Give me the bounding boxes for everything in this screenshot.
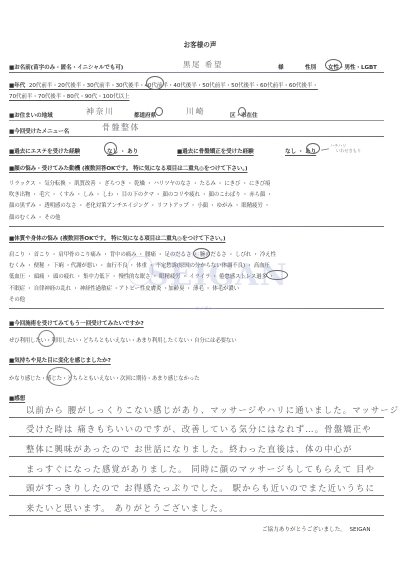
body-options-line[interactable]: 不眠症 ・ 自律神経の乱れ ・ 神経性過敏症 ・アトピー性皮膚炎 ・加齢臭 ・ … <box>9 284 276 295</box>
name-value: 黒尾 希望 <box>183 59 223 70</box>
impression-line: 受けた時は 痛きもちいいのですが、改善している気分にはなれず…。骨盤矯正や <box>26 423 372 435</box>
menu-label: ■今回受けたメニュー名 <box>9 127 69 135</box>
body-section-underline <box>9 308 384 309</box>
menu-row-underline <box>9 136 384 137</box>
form-title: お客様の声 <box>0 39 400 49</box>
face-options-line[interactable]: リラックス ・ 気分転換 ・ 肌質改善 ・ ざらつき ・ 乾燥 ・ ハリツヤのな… <box>9 179 272 190</box>
face-options-line[interactable]: 吹き出物 ・ 毛穴 ・ くすみ ・ しみ ・ しわ ・ 目の下のクマ ・ 顔のコ… <box>9 190 272 201</box>
body-selection-circle-irritation <box>266 270 288 280</box>
impression-line: 以前から 腰がしっくりこない感じがあり、マッサージやハリに通いました。マッサージ… <box>26 404 400 416</box>
city-value: 川崎 <box>186 106 205 117</box>
impression-rule <box>9 456 384 457</box>
gender-label: 性別 <box>305 63 316 71</box>
pelvis-selection-circle <box>306 143 320 154</box>
body-selection-circle-lowback <box>193 248 210 259</box>
face-options-line[interactable]: 顔のむくみ ・ その他 <box>9 213 272 224</box>
body-options-line[interactable]: その他 <box>9 295 276 306</box>
city-selection-circle <box>238 107 246 116</box>
address-label: ■お住まいの地域 <box>9 111 53 119</box>
menu-value: 骨盤整体 <box>102 122 140 133</box>
body-options-line[interactable]: 低血圧 ・ 頭痛 ・ 頭の疲れ ・ 集中力低下 ・ 慢性的な眠さ ・ 眼精疲労 … <box>9 272 276 283</box>
face-options-list: リラックス ・ 気分転換 ・ 肌質改善 ・ ざらつき ・ 乾燥 ・ ハリツヤのな… <box>9 179 272 224</box>
repeat-section-label: ■今回施術を受けてみてもう一回受けてみたいですか? <box>9 319 144 327</box>
impression-line: 頭がすっきりしたので お得感たっぷりでした。 駅からも近いのでまた近いうちに <box>26 482 375 494</box>
name-row-underline <box>9 72 384 73</box>
name-label: ■お名前(苗字のみ・匿名・イニシャルでも可) <box>9 63 123 71</box>
pelvis-label: ■過去に骨盤矯正を受けた経験 <box>177 147 254 155</box>
face-section-underline <box>9 226 384 227</box>
prefecture-selection-circle <box>155 107 163 116</box>
body-options-line[interactable]: 肩こり ・ 首こり ・ 肩甲骨のこり痛み ・ 背中の痛み ・ 腰痛 ・ 足のだる… <box>9 250 276 261</box>
body-options-line[interactable]: むくみ ・ 便秘 ・ 下痢 ・代謝が悪い ・ 血行不良 ・ 体重 ・ 不定愁訴(… <box>9 261 276 272</box>
footer-thanks: ご協力ありがとうございました。 SEIGAN <box>262 525 371 533</box>
age-selection-circle <box>146 76 164 90</box>
face-section-label: ■顔の悩み・受けてみた動機 (複数回答OKです。 特に気になる項目は二重丸◎をつ… <box>9 164 247 172</box>
prefecture-value: 神奈川 <box>86 106 115 117</box>
esthe-selection-circle <box>104 142 117 155</box>
impression-rule <box>9 476 384 477</box>
impressions-label: ■感想 <box>9 394 25 402</box>
impression-rule <box>9 495 384 496</box>
change-options[interactable]: かなり感じた・感じた・どちらともいえない・次回に期待・あまり感じなかった <box>9 374 199 382</box>
honorific-label: 様 <box>278 63 284 71</box>
impression-line: 来たいと思います。 ありがとうございました。 <box>26 502 229 514</box>
impression-rule <box>9 515 384 516</box>
body-options-list: 肩こり ・ 首こり ・ 肩甲骨のこり痛み ・ 背中の痛み ・ 腰痛 ・ 足のだる… <box>9 250 276 306</box>
footer-brand: SEIGAN <box>349 527 370 533</box>
impression-line: まっすぐになった感覚がありました。 同時に顔のマッサージもしてもらえて 目や <box>26 463 375 475</box>
prefecture-label: 都道府県 <box>134 111 156 119</box>
gender-option-male[interactable]: 男性 <box>345 65 356 71</box>
repeat-selection-circle <box>38 330 55 347</box>
gender-selection-circle <box>325 59 342 71</box>
impression-line: 整体に興味があったので お世話になりました。終わった直後は、体の中心が <box>26 443 353 455</box>
gender-option-lgbt[interactable]: LGBT <box>361 65 377 71</box>
age-options-line1[interactable]: 20代前半・20代後半・30代前半・30代後半・40代前半・40代後半・50代前… <box>29 83 318 89</box>
impression-rule <box>9 436 384 437</box>
address-row-underline <box>9 120 384 121</box>
esthe-label: ■過去にエステを受けた経験 <box>9 147 80 155</box>
change-selection-circle <box>47 367 72 386</box>
note-connector <box>321 148 329 150</box>
body-section-label: ■体質や身体の悩み (複数回答OKです。 特に気になる項目は二重丸◎をつけて下さ… <box>9 234 226 242</box>
change-section-label: ■気持ちや見た目に変化を感じましたか? <box>9 356 111 364</box>
pelvis-note: ハチハリ いわせきもり <box>330 143 361 153</box>
age-options-line2[interactable]: 70代前半・70代後半・80代・90代・100代以上 <box>9 92 129 100</box>
feedback-form-page: お客様の声 ■お名前(苗字のみ・匿名・イニシャルでも可) 黒尾 希望 様 性別 … <box>0 0 400 572</box>
face-options-line[interactable]: 顔の黒ずみ ・ 透明感のなさ ・ 老化対策アンチエイジング ・ リフトアップ ・… <box>9 201 272 212</box>
impression-rule <box>9 417 384 418</box>
